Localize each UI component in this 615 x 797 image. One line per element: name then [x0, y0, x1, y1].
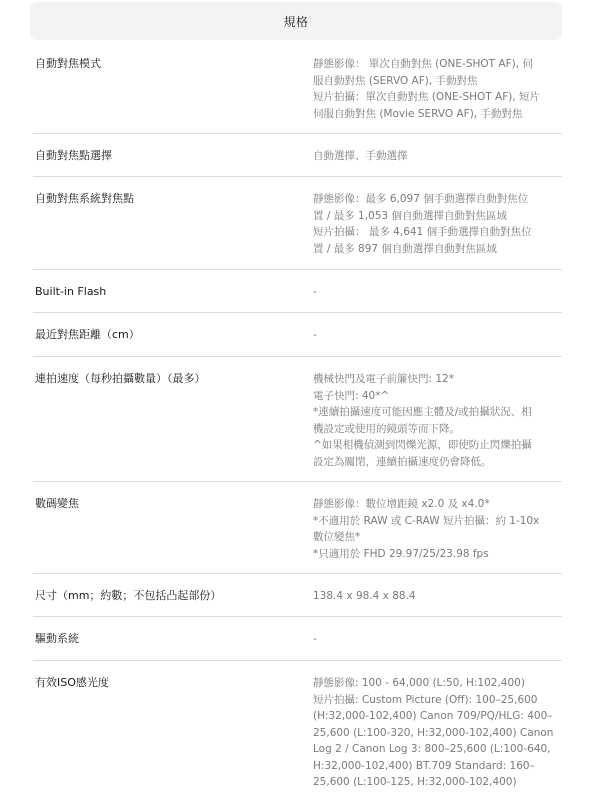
spec-value: 靜態影像: 100 - 64,000 (L:50, H:102,400) 短片拍…	[313, 675, 562, 797]
spec-row-digital-zoom: 數碼變焦 靜態影像：數位增距鏡 x2.0 及 x4.0* *不適用於 RAW 或…	[33, 482, 562, 574]
specs-header: 規格	[30, 2, 562, 40]
spec-label: 自動對焦模式	[33, 56, 313, 133]
spec-row-drive-system: 驅動系統 -	[33, 617, 562, 661]
spec-row-built-in-flash: Built-in Flash -	[33, 270, 562, 313]
spec-row-af-point-selection: 自動對焦點選擇 自動選擇、手動選擇	[33, 134, 562, 177]
spec-value: -	[313, 631, 562, 660]
spec-label: 有效ISO感光度	[33, 675, 313, 797]
spec-label: 數碼變焦	[33, 496, 313, 573]
spec-label: 驅動系統	[33, 631, 313, 660]
spec-label: 連拍速度（每秒拍攝數量）（最多）	[33, 371, 313, 481]
spec-label: 自動對焦系統對焦點	[33, 191, 313, 269]
spec-row-af-mode: 自動對焦模式 靜態影像： 單次自動對焦 (ONE-SHOT AF), 伺 服自動…	[33, 46, 562, 134]
spec-value: -	[313, 327, 562, 356]
spec-value: 靜態影像：數位增距鏡 x2.0 及 x4.0* *不適用於 RAW 或 C-RA…	[313, 496, 562, 573]
spec-value: 自動選擇、手動選擇	[313, 148, 562, 176]
spec-value: 138.4 x 98.4 x 88.4	[313, 588, 562, 616]
spec-row-iso: 有效ISO感光度 靜態影像: 100 - 64,000 (L:50, H:102…	[33, 661, 562, 797]
spec-label: 自動對焦點選擇	[33, 148, 313, 176]
spec-row-min-focus-distance: 最近對焦距離（cm） -	[33, 313, 562, 357]
spec-value: -	[313, 284, 562, 312]
spec-label: Built-in Flash	[33, 284, 313, 312]
spec-label: 尺寸（mm；約數；不包括凸起部份）	[33, 588, 313, 616]
spec-value: 靜態影像： 單次自動對焦 (ONE-SHOT AF), 伺 服自動對焦 (SER…	[313, 56, 562, 133]
specs-title: 規格	[283, 13, 308, 30]
spec-label: 最近對焦距離（cm）	[33, 327, 313, 356]
spec-row-dimensions: 尺寸（mm；約數；不包括凸起部份） 138.4 x 98.4 x 88.4	[33, 574, 562, 617]
spec-table: 自動對焦模式 靜態影像： 單次自動對焦 (ONE-SHOT AF), 伺 服自動…	[33, 46, 562, 797]
spec-value: 機械快門及電子前簾快門: 12* 電子快門: 40*^ *連續拍攝速度可能因應主…	[313, 371, 562, 481]
spec-row-af-points: 自動對焦系統對焦點 靜態影像：最多 6,097 個手動選擇自動對焦位 置 / 最…	[33, 177, 562, 270]
spec-value: 靜態影像：最多 6,097 個手動選擇自動對焦位 置 / 最多 1,053 個自…	[313, 191, 562, 269]
spec-row-continuous-shooting: 連拍速度（每秒拍攝數量）（最多） 機械快門及電子前簾快門: 12* 電子快門: …	[33, 357, 562, 482]
